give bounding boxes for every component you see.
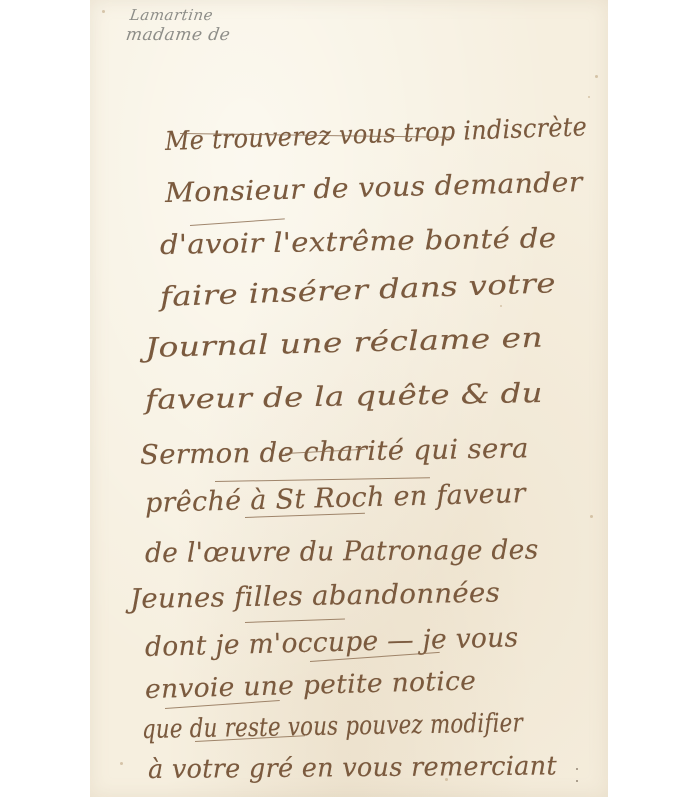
pencil-annotation-author: Lamartine (129, 6, 215, 24)
paper-speck (102, 10, 105, 13)
paper-speck (590, 515, 593, 518)
paper-speck (588, 96, 590, 98)
paper-speck (595, 75, 598, 78)
paper-speck (576, 768, 578, 770)
paper-speck (500, 305, 502, 307)
paper-speck (576, 780, 578, 782)
pencil-annotation-title: madame de (125, 25, 232, 45)
paper-speck (120, 762, 123, 765)
letter-line: Jeunes filles abandonnées (130, 578, 501, 615)
letter-line: à votre gré en vous remerciant (148, 751, 557, 785)
letter-line: de l'œuvre du Patronage des (145, 535, 539, 569)
